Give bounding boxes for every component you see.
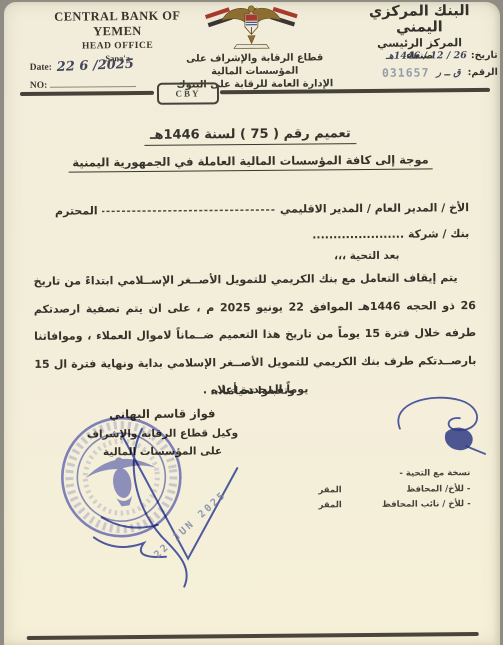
circular-subtitle: موجة إلى كافة المؤسسات المالية العاملة ف… xyxy=(68,152,433,172)
cc-item: - للأخ / نائب المحافظ المقر xyxy=(309,499,471,510)
arabic-ref-letters: ق ــ ر xyxy=(436,67,460,78)
addressee-dashes: ----------------------------------------… xyxy=(102,205,276,218)
head-office-label: HEAD OFFICE xyxy=(30,40,206,52)
bank-name-english: CENTRAL BANK OF YEMEN xyxy=(29,8,205,40)
serial-number-stamp: 031657 xyxy=(382,65,430,79)
cc-item: - للأخ/ المحافظ المقر xyxy=(308,484,470,495)
head-office-arabic: المركز الرئيسي xyxy=(344,36,496,50)
english-no-row: NO: xyxy=(30,77,137,91)
circular-subtitle-row: موجة إلى كافة المؤسسات المالية العاملة ف… xyxy=(2,148,498,173)
arabic-date-label: تاريخ: xyxy=(471,50,498,61)
addressee-honorific: المحترم xyxy=(55,204,98,217)
document-content: CENTRAL BANK OF YEMEN HEAD OFFICE Sana'a xyxy=(1,0,503,645)
addressee-label: الأخ / المدير العام / المدير الاقليمي xyxy=(280,201,469,216)
no-label: NO: xyxy=(30,81,48,91)
circular-title-row: تعميم رقم ( 75 ) لسنة 1446هـ xyxy=(2,121,498,147)
cc-block: نسخة مع التحية - - للأخ/ المحافظ المقر -… xyxy=(308,468,470,510)
cc-item-to: - للأخ/ المحافظ xyxy=(406,484,470,495)
scanned-circular-page: CENTRAL BANK OF YEMEN HEAD OFFICE Sana'a xyxy=(0,0,503,645)
arabic-ref-row: الرقم: ق ــ ر 031657 xyxy=(340,64,498,79)
greeting-line: بعد التحية ،،، xyxy=(334,250,399,263)
paper-sheet: CENTRAL BANK OF YEMEN HEAD OFFICE Sana'a xyxy=(4,2,500,645)
signature-ink-left xyxy=(87,420,269,602)
divider-rule-left xyxy=(20,91,154,96)
english-date-row: Date: 22 6 /2025 xyxy=(30,58,134,74)
circular-title: تعميم رقم ( 75 ) لسنة 1446هـ xyxy=(144,126,357,146)
date-label: Date: xyxy=(30,63,52,73)
arabic-ref-label: الرقم: xyxy=(468,67,498,78)
dept-line1: قطاع الرقابة والإشراف على المؤسسات المال… xyxy=(160,51,350,79)
no-blank-line xyxy=(50,77,136,88)
addressee-row: الأخ / المدير العام / المدير الاقليمي --… xyxy=(55,201,469,218)
arabic-date-row: تاريخ: 26 / 12 / 1446هـ xyxy=(340,50,498,62)
cc-item-to: - للأخ / نائب المحافظ xyxy=(382,499,471,510)
cc-item-location: المقر xyxy=(319,500,342,510)
bank-name-arabic: البنك المركزي اليمني xyxy=(343,3,495,36)
footer-rule xyxy=(27,632,479,639)
cc-item-location: المقر xyxy=(318,485,341,495)
yemen-coat-of-arms-icon xyxy=(204,2,298,53)
arabic-date-value: 26 / 12 / 1446هـ xyxy=(386,50,467,62)
cc-header: نسخة مع التحية - xyxy=(308,468,470,479)
date-handwritten-value: 22 6 /2025 xyxy=(57,57,135,75)
bank-company-line: بنك / شركة ...................... xyxy=(312,227,469,241)
signature-ink-right xyxy=(388,390,493,463)
cby-badge: CBY xyxy=(157,82,219,105)
